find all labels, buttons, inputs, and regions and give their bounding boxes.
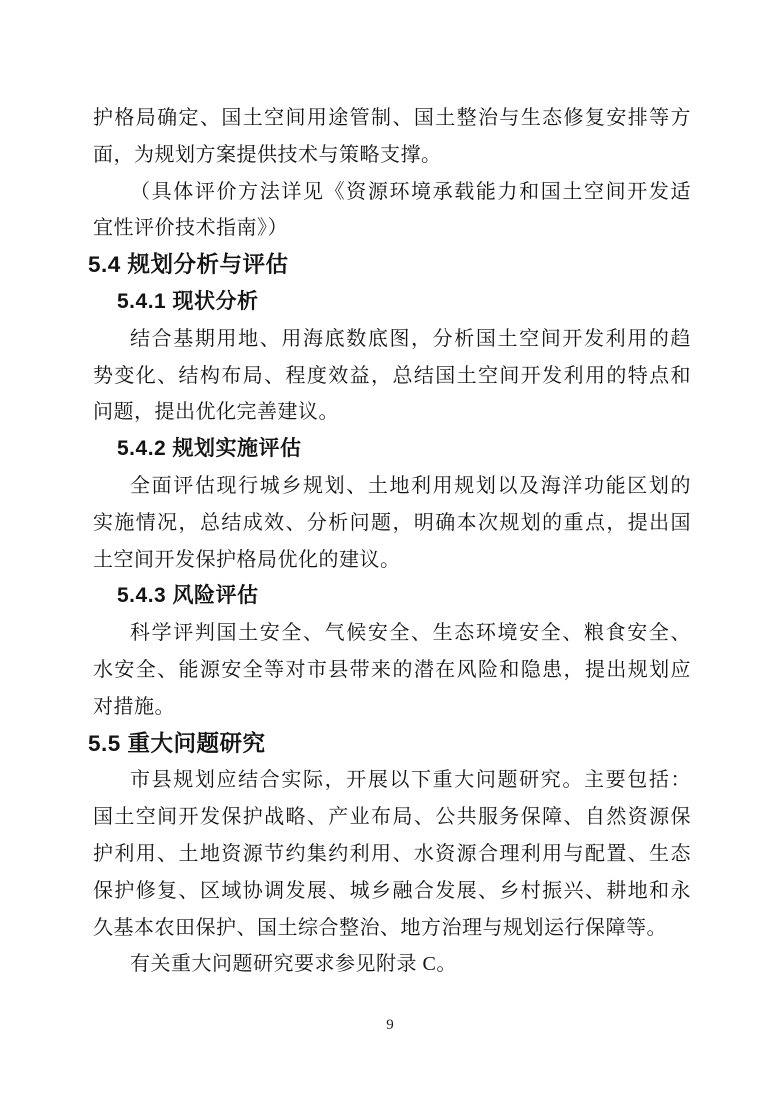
text-line: 面，为规划方案提供技术与策略支撑。 [93, 137, 691, 174]
text-line: 护格局确定、国土空间用途管制、国土整治与生态修复安排等方 [93, 100, 691, 137]
heading-5-4-1: 5.4.1 现状分析 [93, 284, 691, 321]
text-line: 宜性评价技术指南》） [93, 210, 691, 247]
text-line: 实施情况，总结成效、分析问题，明确本次规划的重点，提出国 [93, 505, 691, 542]
text-line: 全面评估现行城乡规划、土地利用规划以及海洋功能区划的 [93, 468, 691, 505]
text-line: 保护修复、区域协调发展、城乡融合发展、乡村振兴、耕地和永 [93, 873, 691, 910]
document-page: 护格局确定、国土空间用途管制、国土整治与生态修复安排等方 面，为规划方案提供技术… [0, 0, 780, 1106]
text-line: 久基本农田保护、国土综合整治、地方治理与规划运行保障等。 [93, 910, 691, 947]
page-number: 9 [0, 1014, 780, 1036]
text-line: 势变化、结构布局、程度效益，总结国土空间开发利用的特点和 [93, 358, 691, 395]
heading-5-4-2: 5.4.2 规划实施评估 [93, 431, 691, 468]
text-line: 土空间开发保护格局优化的建议。 [93, 542, 691, 579]
text-line: 护利用、土地资源节约集约利用、水资源合理利用与配置、生态 [93, 836, 691, 873]
text-line: 国土空间开发保护战略、产业布局、公共服务保障、自然资源保 [93, 799, 691, 836]
text-line: 市县规划应结合实际，开展以下重大问题研究。主要包括： [93, 762, 691, 799]
text-line: 科学评判国土安全、气候安全、生态环境安全、粮食安全、 [93, 615, 691, 652]
text-line: （具体评价方法详见《资源环境承载能力和国土空间开发适 [93, 174, 691, 211]
text-line: 水安全、能源安全等对市县带来的潜在风险和隐患，提出规划应 [93, 652, 691, 689]
text-line: 问题，提出优化完善建议。 [93, 394, 691, 431]
document-content: 护格局确定、国土空间用途管制、国土整治与生态修复安排等方 面，为规划方案提供技术… [93, 100, 691, 983]
text-line: 结合基期用地、用海底数底图，分析国土空间开发利用的趋 [93, 321, 691, 358]
heading-5-4-3: 5.4.3 风险评估 [93, 578, 691, 615]
heading-5-5: 5.5 重大问题研究 [88, 726, 691, 763]
heading-5-4: 5.4 规划分析与评估 [88, 247, 691, 284]
text-line: 有关重大问题研究要求参见附录 C。 [93, 946, 691, 983]
text-line: 对措施。 [93, 689, 691, 726]
